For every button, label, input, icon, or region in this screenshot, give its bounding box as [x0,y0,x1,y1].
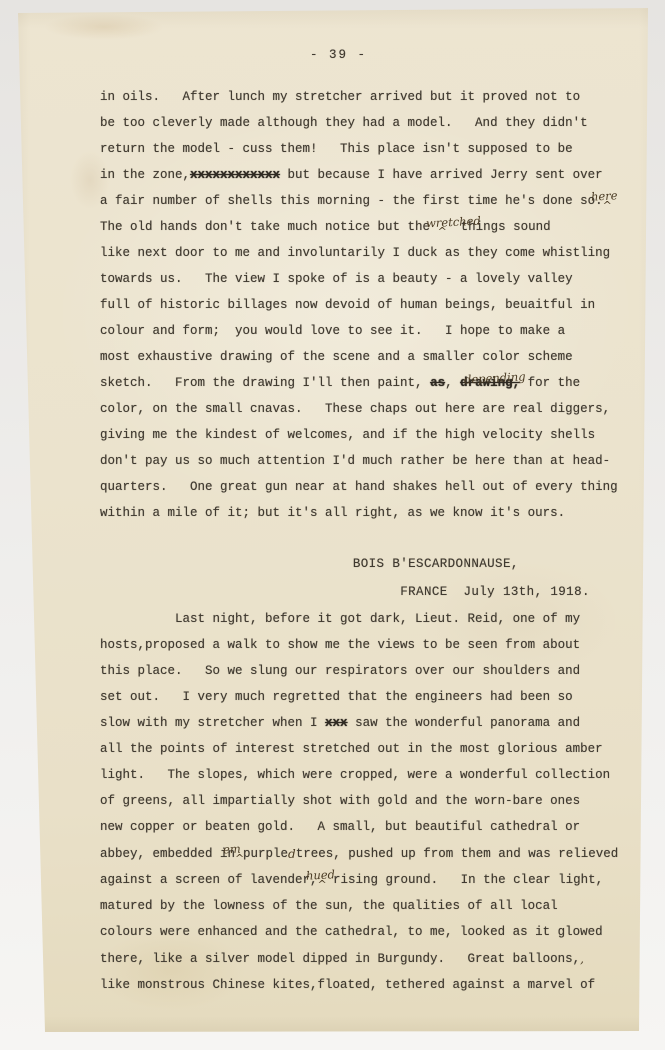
typed-text-segment: trees, pushed up from them and was relie… [296,847,619,861]
typed-line: against a screen of lavender,^hued risin… [100,867,641,893]
correction: as [430,370,445,396]
typed-line: slow with my stretcher when I xxx saw th… [100,710,641,736]
typed-line: of greens, all impartially shot with gol… [100,788,641,814]
correction: xxxxxxxxxxxx [190,162,280,188]
typed-line: giving me the kindest of welcomes, and i… [100,422,641,448]
typed-line: quarters. One great gun near at hand sha… [100,474,641,500]
typed-text-segment: most exhaustive drawing of the scene and… [100,350,573,364]
handwritten-annotation: wretched [425,216,480,230]
typed-line: a fair number of shells this morning - t… [100,188,641,214]
typed-text-segment: light. The slopes, which were cropped, w… [100,768,610,782]
typed-line: there, like a silver model dipped in Bur… [100,945,641,972]
typed-text-segment: full of historic billages now devoid of … [100,298,595,312]
typed-text-segment: against a screen of lavender, [100,873,318,887]
para-block: in oils. After lunch my stretcher arrive… [100,84,641,526]
typed-text-segment: colours were enhanced and the cathedral,… [100,925,603,939]
typed-line: light. The slopes, which were cropped, w… [100,762,641,788]
typed-text-segment: saw the wonderful panorama and [348,716,581,730]
typed-text-segment: for the [520,376,580,390]
typed-text-segment: matured by the lowness of the sun, the q… [100,899,558,913]
typed-text-segment: return the model - cuss them! This place… [100,142,573,156]
struck-text: as [430,376,445,390]
heading-block: BOIS B'ESCARDONNAUSE, FRANCE July 13th, … [100,550,641,606]
struck-text: drawing, [460,376,520,390]
typed-line: all the points of interest stretched out… [100,736,641,762]
typed-line: The old hands don't take much notice but… [100,214,641,240]
typed-text-segment: within a mile of it; but it's all right,… [100,506,565,520]
paper-stain [70,150,110,210]
paper-stain [420,560,620,680]
document-body: in oils. After lunch my stretcher arrive… [100,84,641,998]
typed-line: be too cleverly made although they had a… [100,110,641,136]
correction: drawing,depending [460,370,520,396]
typed-line: set out. I very much regretted that the … [100,684,641,710]
handwritten-insertion: ^here [603,188,611,214]
typed-line: BOIS B'ESCARDONNAUSE, [100,550,641,578]
typed-line: this place. So we slung our respirators … [100,658,641,684]
typed-text-segment: like next door to me and involuntarily I… [100,246,610,260]
typed-line: abbey, embedded in^empurpledtrees, pushe… [100,840,641,867]
typed-text-segment: giving me the kindest of welcomes, and i… [100,428,595,442]
typed-line: in oils. After lunch my stretcher arrive… [100,84,641,110]
typed-text-segment: all the points of interest stretched out… [100,742,603,756]
typed-line: like next door to me and involuntarily I… [100,240,641,266]
paper-sheet: - 39 - in oils. After lunch my stretcher… [0,0,665,1050]
typed-line: don't pay us so much attention I'd much … [100,448,641,474]
typed-text-segment: there, like a silver model dipped in Bur… [100,952,580,966]
page-number: - 39 - [310,42,641,68]
para-block: Last night, before it got dark, Lieut. R… [100,606,641,998]
caret-mark: ^ [318,872,326,898]
typed-text-segment: quarters. One great gun near at hand sha… [100,480,618,494]
caret-mark: ^ [438,219,446,245]
typed-line: sketch. From the drawing I'll then paint… [100,370,641,396]
typed-text-segment: new copper or beaten gold. A small, but … [100,820,580,834]
typed-text-segment: The old hands don't take much notice but… [100,220,438,234]
typed-text-segment: a fair number of shells this morning - t… [100,194,603,208]
paper-stain [44,14,164,40]
handwritten-insertion: ^wretched [438,214,446,240]
typed-text-segment: colour and form; you would love to see i… [100,324,565,338]
handwritten-annotation: hued [305,869,335,882]
caret-mark: ^ [603,193,611,219]
handwritten-insert: d [288,847,296,861]
typed-text-segment: FRANCE July 13th, 1918. [100,585,590,599]
typed-line: in the zone,xxxxxxxxxxxx but because I h… [100,162,641,188]
typed-text-segment: abbey, embedded in [100,847,235,861]
struck-text: xxx [325,716,348,730]
correction: xxx [325,710,348,736]
handwritten-annotation: here [590,190,617,202]
typed-line: Last night, before it got dark, Lieut. R… [100,606,641,632]
typed-text-segment: this place. So we slung our respirators … [100,664,580,678]
typed-text-segment: , [445,376,460,390]
typed-text: - 39 - in oils. After lunch my stretcher… [100,42,641,998]
handwritten-insert: , [580,952,584,966]
typed-text-segment: but because I have arrived Jerry sent ov… [280,168,603,182]
typed-line: within a mile of it; but it's all right,… [100,500,641,526]
typed-line: matured by the lowness of the sun, the q… [100,893,641,919]
document-scan: - 39 - in oils. After lunch my stretcher… [0,0,665,1050]
typed-line: like monstrous Chinese kites,floated, te… [100,972,641,998]
typed-line: new copper or beaten gold. A small, but … [100,814,641,840]
caret-mark: ^ [235,846,243,872]
typed-text-segment: rising ground. In the clear light, [326,873,604,887]
typed-text-segment: hosts,proposed a walk to show me the vie… [100,638,580,652]
typed-text-segment: color, on the small cnavas. These chaps … [100,402,610,416]
typed-line: hosts,proposed a walk to show me the vie… [100,632,641,658]
typed-line: full of historic billages now devoid of … [100,292,641,318]
typed-text-segment: set out. I very much regretted that the … [100,690,573,704]
typed-text-segment: of greens, all impartially shot with gol… [100,794,580,808]
typed-text-segment: like monstrous Chinese kites,floated, te… [100,978,595,992]
typed-text-segment: Last night, before it got dark, Lieut. R… [100,612,580,626]
typed-line: FRANCE July 13th, 1918. [100,578,641,606]
typed-text-segment: in the zone, [100,168,190,182]
paper-stain [96,930,246,1010]
typed-line: most exhaustive drawing of the scene and… [100,344,641,370]
typed-text-segment: sketch. From the drawing I'll then paint… [100,376,430,390]
typed-text-segment: BOIS B'ESCARDONNAUSE, [100,557,519,571]
typed-text-segment: purple [243,847,288,861]
handwritten-insertion: ^em [235,841,243,867]
struck-text: xxxxxxxxxxxx [190,168,280,182]
typed-text-segment: things sound [446,220,551,234]
typed-text-segment: don't pay us so much attention I'd much … [100,454,610,468]
typed-line: return the model - cuss them! This place… [100,136,641,162]
typed-text-segment: slow with my stretcher when I [100,716,325,730]
typed-line: color, on the small cnavas. These chaps … [100,396,641,422]
typed-text-segment: be too cleverly made although they had a… [100,116,588,130]
handwritten-annotation: em [223,844,241,856]
typed-line: colour and form; you would love to see i… [100,318,641,344]
typed-line: colours were enhanced and the cathedral,… [100,919,641,945]
typed-text-segment: in oils. After lunch my stretcher arrive… [100,90,580,104]
typed-line: towards us. The view I spoke of is a bea… [100,266,641,292]
handwritten-annotation: depending [464,371,526,385]
typed-text-segment: towards us. The view I spoke of is a bea… [100,272,573,286]
handwritten-insertion: ^hued [318,867,326,893]
